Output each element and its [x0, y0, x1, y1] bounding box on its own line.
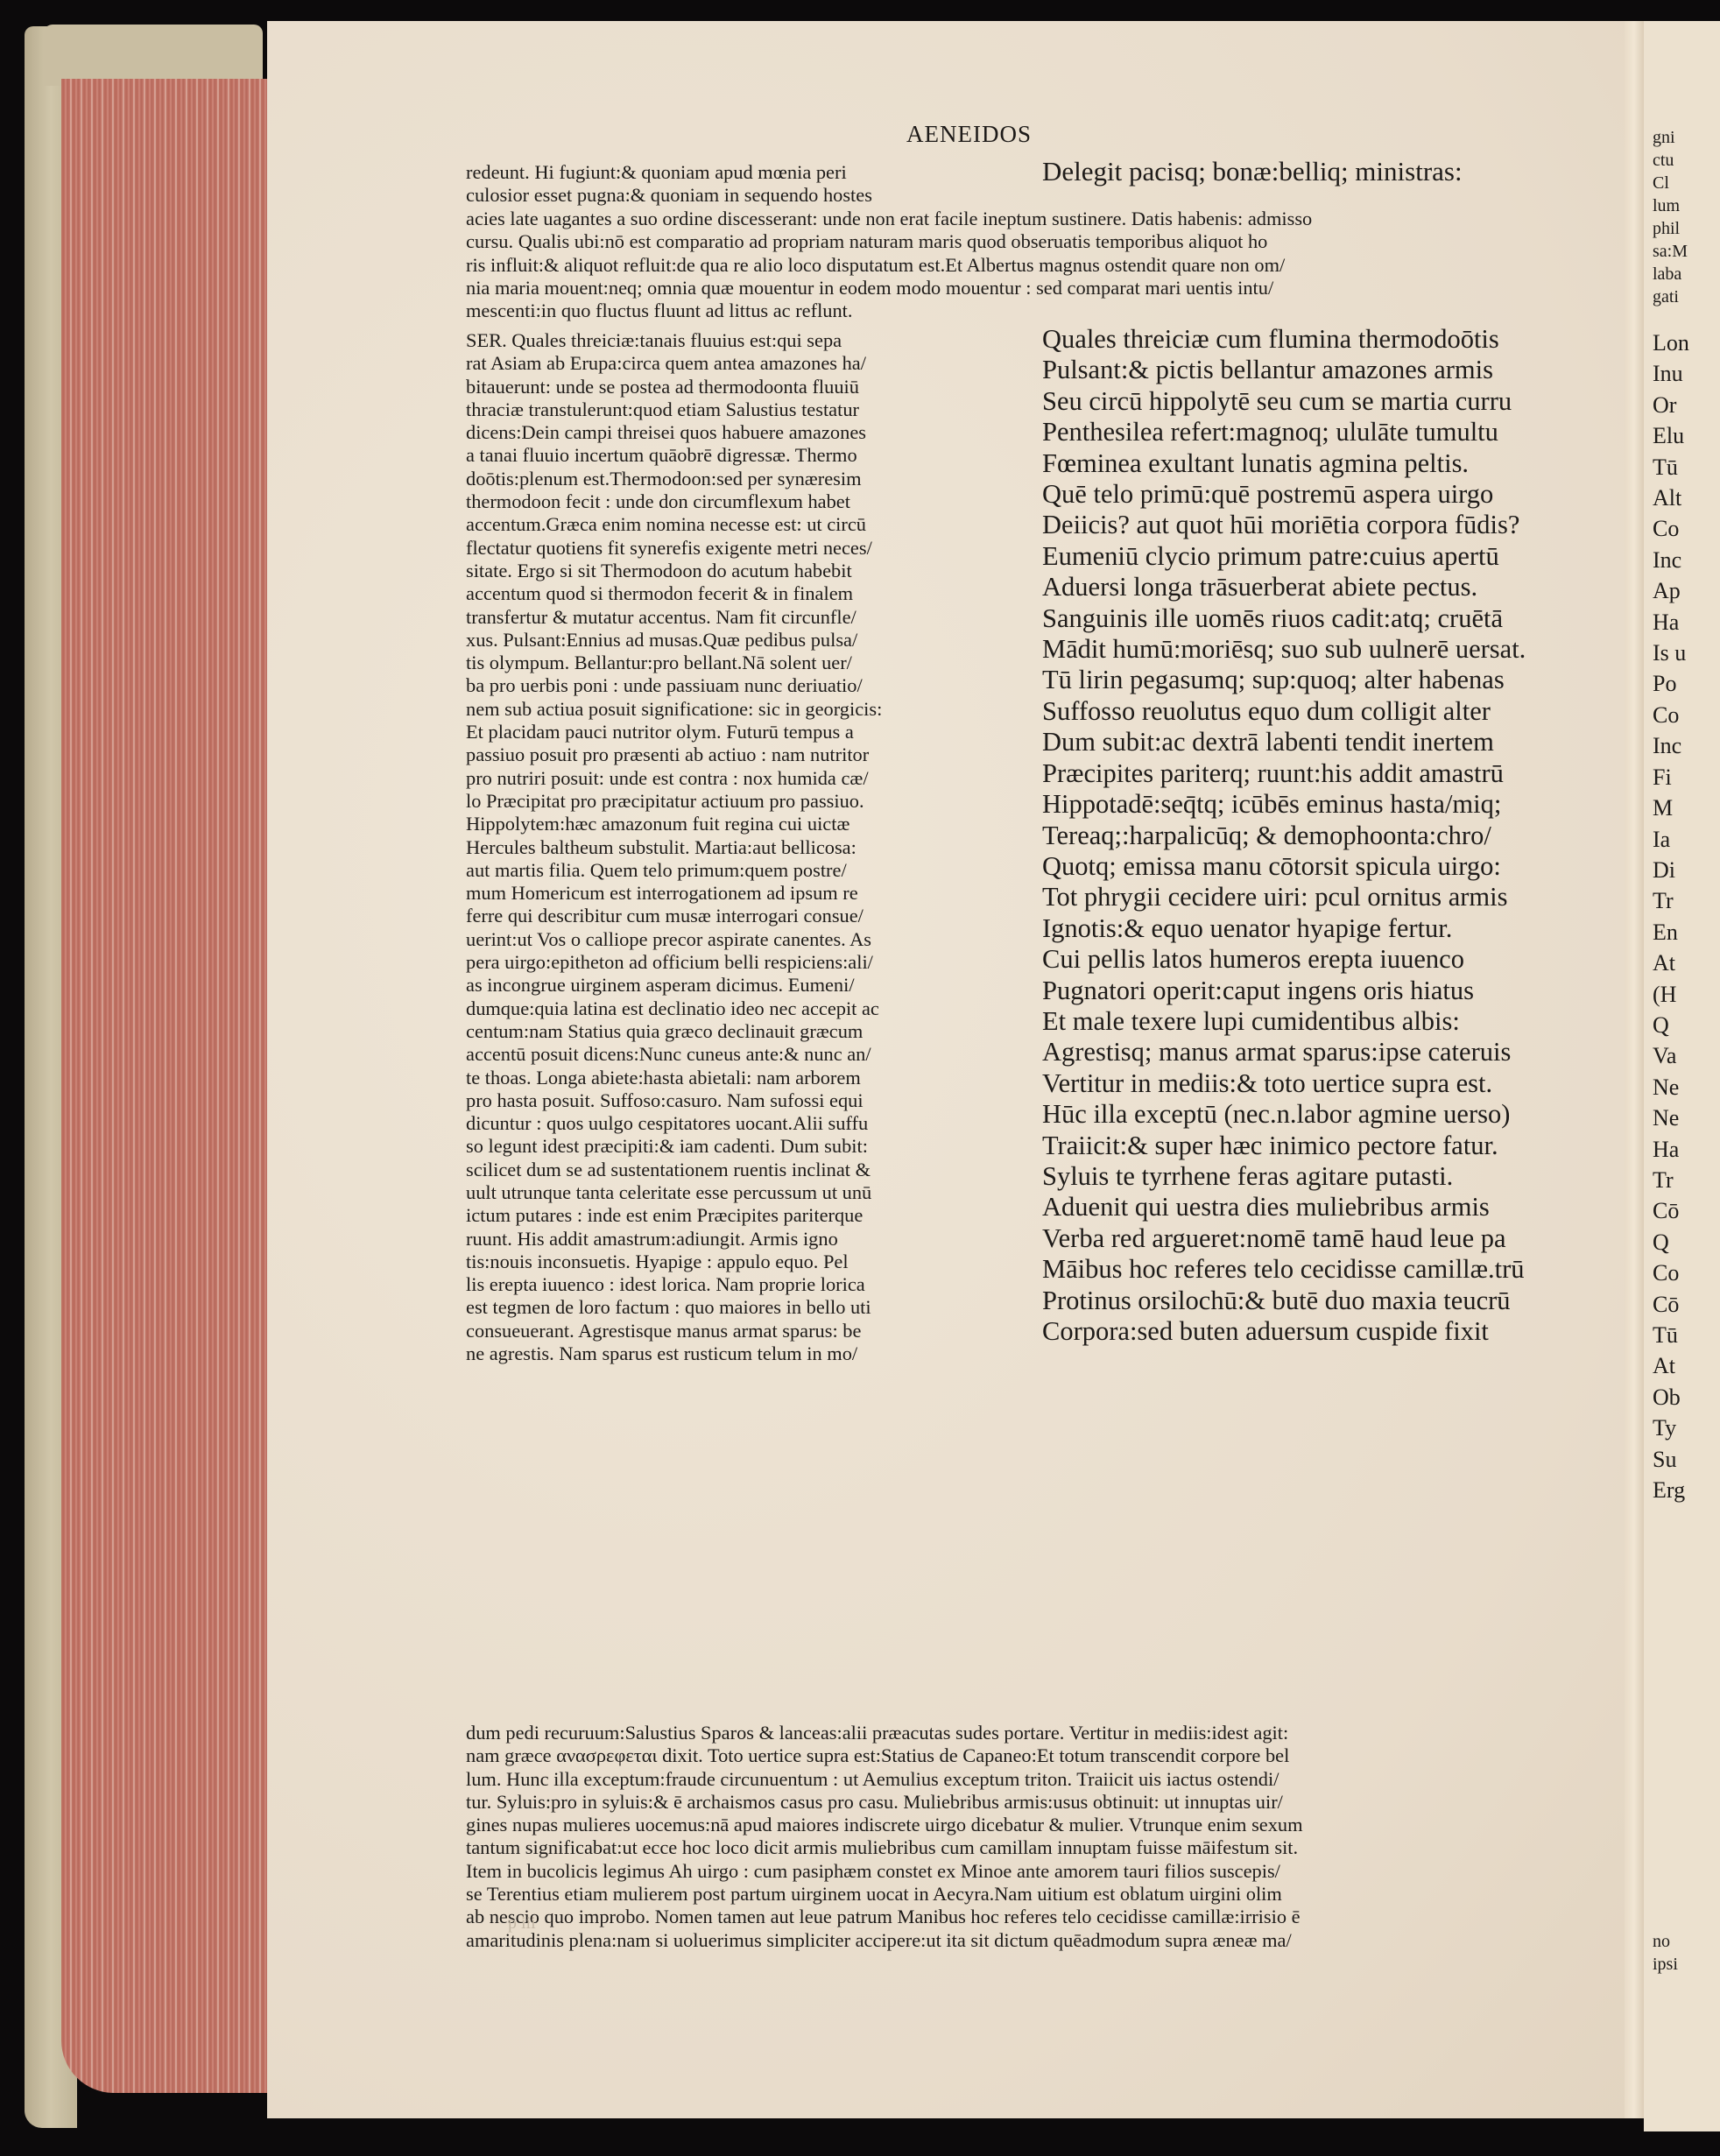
right-page-line: ipsi	[1653, 1953, 1678, 1976]
commentary-line: xus. Pulsant:Ennius ad musas.Quæ pedibus…	[466, 629, 1028, 652]
verse-line: Suffosso reuolutus equo dum colligit alt…	[1042, 696, 1603, 727]
right-page-verse-fragment: Ha	[1653, 1134, 1689, 1165]
fore-edge-red-pages	[61, 79, 267, 2093]
commentary-line: culosior esset pugna:& quoniam in sequen…	[466, 184, 1028, 207]
commentary-line: gines nupas mulieres uocemus:nā apud mai…	[466, 1814, 1596, 1836]
right-page-verse-fragment: Cō	[1653, 1195, 1689, 1226]
commentary-line: Hippolytem:hæc amazonum fuit regina cui …	[466, 813, 1028, 835]
commentary-line: tis:nouis inconsuetis. Hyapige : appulo …	[466, 1251, 1028, 1273]
signature-mark: p iii	[508, 1913, 536, 1934]
commentary-line: te thoas. Longa abiete:hasta abietali: n…	[466, 1067, 1028, 1089]
commentary-line: ba pro uerbis poni : unde passiuam nunc …	[466, 674, 1028, 697]
commentary-line: tur. Syluis:pro in syluis:& ē archaismos…	[466, 1791, 1596, 1814]
commentary-line: bitauerunt: unde se postea ad thermodoon…	[466, 376, 1028, 398]
right-page-verse-fragment: M	[1653, 793, 1689, 823]
commentary-line: so legunt idest præcipiti:& iam cadenti.…	[466, 1135, 1028, 1158]
right-page-verse-fragment: At	[1653, 1350, 1689, 1381]
commentary-line: passiuo posuit pro præsenti ab actiuo : …	[466, 743, 1028, 766]
verse-line: Hippotadē:seq̄tq; icūbēs eminus hasta/mi…	[1042, 789, 1603, 820]
right-page-verse-fragment: Su	[1653, 1444, 1689, 1475]
verse-line: Quales threiciæ cum flumina thermodoōtis	[1042, 324, 1603, 355]
commentary-line: flectatur quotiens fit synerefis exigent…	[466, 537, 1028, 560]
commentary-line: ferre qui describitur cum musæ interroga…	[466, 905, 1028, 927]
right-page-verse-fragment: Ha	[1653, 607, 1689, 638]
right-page-line: phil	[1653, 217, 1688, 240]
right-page-verse-fragment: Inu	[1653, 358, 1689, 389]
commentary-line: thermodoon fecit : unde don circumflexum…	[466, 490, 1028, 513]
commentary-line: pro nutriri posuit: unde est contra : no…	[466, 767, 1028, 790]
right-page-verse-fragment: Ia	[1653, 824, 1689, 855]
verse-line: Et male texere lupi cumidentibus albis:	[1042, 1006, 1603, 1037]
verse-line: Fœminea exultant lunatis agmina peltis.	[1042, 448, 1603, 479]
commentary-line: accentum quod si thermodon fecerit & in …	[466, 582, 1028, 605]
commentary-line: est tegmen de loro factum : quo maiores …	[466, 1296, 1028, 1319]
right-page-line: gati	[1653, 285, 1688, 308]
gutter	[1625, 21, 1644, 2118]
verse-line: Agrestisq; manus armat sparus:ipse cater…	[1042, 1037, 1603, 1067]
verse-line: Ignotis:& equo uenator hyapige fertur.	[1042, 913, 1603, 944]
commentary-line: Hercules baltheum substulit. Martia:aut …	[466, 836, 1028, 859]
right-page-verse-fragment: (H	[1653, 979, 1689, 1010]
right-page-verse-fragment: Alt	[1653, 483, 1689, 513]
right-page-verse-fragment: Erg	[1653, 1475, 1689, 1505]
commentary-line: tantum significabat:ut ecce hoc loco dic…	[466, 1836, 1596, 1859]
commentary-line: pera uirgo:epitheton ad officium belli r…	[466, 951, 1028, 974]
commentary-line: scilicet dum se ad sustentationem ruenti…	[466, 1159, 1028, 1181]
commentary-line: uerint:ut Vos o calliope precor aspirate…	[466, 928, 1028, 951]
right-page-verse-fragment: Ap	[1653, 575, 1689, 606]
verse-line: Penthesilea refert:magnoq; ululāte tumul…	[1042, 417, 1603, 447]
right-page-verse-fragment: Ty	[1653, 1413, 1689, 1443]
commentary-line: acies late uagantes a suo ordine discess…	[466, 208, 1596, 230]
right-page-top-lines: gnictuCllumphilsa:Mlabagati	[1653, 126, 1688, 308]
commentary-line: mum Homericum est interrogationem ad ips…	[466, 882, 1028, 905]
commentary-line: accentum.Græca enim nomina necesse est: …	[466, 513, 1028, 536]
right-page-verse-fragment: Co	[1653, 1258, 1689, 1288]
right-page-partial: gnictuCllumphilsa:Mlabagati LonInuOrEluT…	[1644, 21, 1720, 2131]
top-commentary-full: acies late uagantes a suo ordine discess…	[466, 208, 1596, 322]
commentary-line: dicens:Dein campi threisei quos habuere …	[466, 421, 1028, 444]
commentary-column: SER. Quales threiciæ:tanais fluuius est:…	[466, 329, 1028, 1365]
verse-line: Tot phrygii cecidere uiri: pcul ornitus …	[1042, 882, 1603, 912]
right-page-verse-fragment: Or	[1653, 390, 1689, 420]
verse-line: Quotq; emissa manu cōtorsit spicula uirg…	[1042, 851, 1603, 882]
right-page-verse-fragment: En	[1653, 917, 1689, 948]
verse-line: Pugnatori operit:caput ingens oris hiatu…	[1042, 976, 1603, 1006]
commentary-line: lum. Hunc illa exceptum:fraude circunuen…	[466, 1768, 1596, 1791]
right-page-verse-fragment: Co	[1653, 700, 1689, 730]
commentary-line: ris influit:& aliquot refluit:de qua re …	[466, 254, 1596, 277]
right-page-verse-fragment: Tū	[1653, 452, 1689, 483]
verse-line: Māibus hoc referes telo cecidisse camill…	[1042, 1254, 1603, 1285]
verse-line: Protinus orsilochū:& butē duo maxia teuc…	[1042, 1286, 1603, 1316]
right-page-bottom-lines: noipsi	[1653, 1930, 1678, 1976]
right-page-line: no	[1653, 1930, 1678, 1953]
right-page-verse-initials: LonInuOrEluTūAltCoIncApHaIs uPoCoIncFiMI…	[1653, 328, 1689, 1505]
verse-line: Syluis te tyrrhene feras agitare putasti…	[1042, 1161, 1603, 1192]
commentary-line: sitate. Ergo si sit Thermodoon do acutum…	[466, 560, 1028, 582]
right-page-line: gni	[1653, 126, 1688, 149]
right-page-verse-fragment: Q	[1653, 1010, 1689, 1040]
right-page-verse-fragment: Tr	[1653, 885, 1689, 916]
right-page-verse-fragment: Lon	[1653, 328, 1689, 358]
verse-line: Dum subit:ac dextrā labenti tendit inert…	[1042, 727, 1603, 757]
commentary-line: accentū posuit dicens:Nunc cuneus ante:&…	[466, 1043, 1028, 1066]
commentary-line: doōtis:plenum est.Thermodoon:sed per syn…	[466, 468, 1028, 490]
commentary-line: lo Præcipitat pro præcipitatur actiuum p…	[466, 790, 1028, 813]
right-page-verse-fragment: Elu	[1653, 420, 1689, 451]
commentary-line: dumque:quia latina est declinatio ideo n…	[466, 997, 1028, 1020]
verse-line: Verba red argueret:nomē tamē haud leue p…	[1042, 1223, 1603, 1254]
right-page-verse-fragment: At	[1653, 948, 1689, 978]
right-page-verse-fragment: Inc	[1653, 545, 1689, 575]
commentary-line: centum:nam Statius quia græco declinauit…	[466, 1020, 1028, 1043]
verse-line: Cui pellis latos humeros erepta iuuenco	[1042, 944, 1603, 975]
top-commentary-left: redeunt. Hi fugiunt:& quoniam apud mœnia…	[466, 161, 1028, 208]
verse-line: Seu circū hippolytē seu cum se martia cu…	[1042, 386, 1603, 417]
right-page-verse-fragment: Va	[1653, 1040, 1689, 1071]
verse-line: Vertitur in mediis:& toto uertice supra …	[1042, 1068, 1603, 1099]
verse-line: Traiicit:& super hæc inimico pectore fat…	[1042, 1131, 1603, 1161]
right-page-verse-fragment: Q	[1653, 1227, 1689, 1258]
verse-column: Quales threiciæ cum flumina thermodoōtis…	[1042, 324, 1603, 1347]
bottom-commentary-full: dum pedi recuruum:Salustius Sparos & lan…	[466, 1722, 1596, 1952]
right-page-verse-fragment: Po	[1653, 668, 1689, 699]
commentary-line: thraciæ transtulerunt:quod etiam Salusti…	[466, 398, 1028, 421]
verse-line: Præcipites pariterq; ruunt:his addit ama…	[1042, 758, 1603, 789]
commentary-line: Et placidam pauci nutritor olym. Futurū …	[466, 721, 1028, 743]
commentary-line: Item in bucolicis legimus Ah uirgo : cum…	[466, 1860, 1596, 1883]
commentary-line: mescenti:in quo fluctus fluunt ad littus…	[466, 299, 1596, 322]
commentary-line: tis olympum. Bellantur:pro bellant.Nā so…	[466, 652, 1028, 674]
running-head: AENEIDOS	[906, 121, 1032, 148]
commentary-line: dum pedi recuruum:Salustius Sparos & lan…	[466, 1722, 1596, 1744]
commentary-line: as incongrue uirginem asperam dicimus. E…	[466, 974, 1028, 997]
right-page-verse-fragment: Fi	[1653, 762, 1689, 793]
commentary-line: aut martis filia. Quem telo primum:quem …	[466, 859, 1028, 882]
verse-line: Aduenit qui uestra dies muliebribus armi…	[1042, 1192, 1603, 1222]
commentary-line: se Terentius etiam mulierem post partum …	[466, 1883, 1596, 1906]
right-page-line: Cl	[1653, 172, 1688, 194]
right-page-line: sa:M	[1653, 240, 1688, 263]
top-verse-line: Delegit pacisq; bonæ:belliq; ministras:	[1042, 156, 1603, 187]
commentary-line: redeunt. Hi fugiunt:& quoniam apud mœnia…	[466, 161, 1028, 184]
commentary-line: pro hasta posuit. Suffoso:casuro. Nam su…	[466, 1089, 1028, 1112]
verse-line: Eumeniū clycio primum patre:cuius apertū	[1042, 541, 1603, 572]
commentary-line: transfertur & mutatur accentus. Nam fit …	[466, 606, 1028, 629]
commentary-line: consueuerant. Agrestisque manus armat sp…	[466, 1320, 1028, 1342]
verse-line: Sanguinis ille uomēs riuos cadit:atq; cr…	[1042, 603, 1603, 634]
commentary-line: ruunt. His addit amastrum:adiungit. Armi…	[466, 1228, 1028, 1251]
commentary-line: cursu. Qualis ubi:nō est comparatio ad p…	[466, 230, 1596, 253]
verse-line: Tereaq;:harpalicūq; & demophoonta:chro/	[1042, 821, 1603, 851]
commentary-line: amaritudinis plena:nam si uoluerimus sim…	[466, 1929, 1596, 1952]
commentary-line: nem sub actiua posuit significatione: si…	[466, 698, 1028, 721]
right-page-line: laba	[1653, 263, 1688, 285]
verse-line: Hūc illa exceptū (nec.n.labor agmine uer…	[1042, 1099, 1603, 1130]
right-page-verse-fragment: Di	[1653, 855, 1689, 885]
commentary-line: rat Asiam ab Erupa:circa quem antea amaz…	[466, 352, 1028, 375]
right-page-verse-fragment: Co	[1653, 513, 1689, 544]
commentary-line: uult utrunque tanta celeritate esse perc…	[466, 1181, 1028, 1204]
commentary-line: ne agrestis. Nam sparus est rusticum tel…	[466, 1342, 1028, 1365]
commentary-line: nia maria mouent:neq; omnia quæ mouentur…	[466, 277, 1596, 299]
commentary-line: ab nescio quo improbo. Nomen tamen aut l…	[466, 1906, 1596, 1928]
commentary-line: lis erepta iuuenco : idest lorica. Nam p…	[466, 1273, 1028, 1296]
right-page-verse-fragment: Ne	[1653, 1103, 1689, 1133]
commentary-line: nam græce ανασρεφεται dixit. Toto uertic…	[466, 1744, 1596, 1767]
right-page-verse-fragment: Inc	[1653, 730, 1689, 761]
commentary-line: SER. Quales threiciæ:tanais fluuius est:…	[466, 329, 1028, 352]
right-page-verse-fragment: Is u	[1653, 638, 1689, 668]
verse-line: Quē telo primū:quē postremū aspera uirgo	[1042, 479, 1603, 510]
commentary-line: ictum putares : inde est enim Præcipites…	[466, 1204, 1028, 1227]
verse-line: Aduersi longa trāsuerberat abiete pectus…	[1042, 572, 1603, 602]
right-page-verse-fragment: Tū	[1653, 1320, 1689, 1350]
right-page-verse-fragment: Ob	[1653, 1382, 1689, 1413]
verse-line: Corpora:sed buten aduersum cuspide fixit	[1042, 1316, 1603, 1347]
verse-line: Deiicis? aut quot hūi moriētia corpora f…	[1042, 510, 1603, 540]
book-cover-top	[44, 25, 263, 86]
right-page-verse-fragment: Ne	[1653, 1072, 1689, 1103]
right-page-line: lum	[1653, 194, 1688, 217]
verse-line: Mādit humū:moriēsq; suo sub uulnerē uers…	[1042, 634, 1603, 665]
right-page-verse-fragment: Tr	[1653, 1165, 1689, 1195]
right-page-verse-fragment: Cō	[1653, 1289, 1689, 1320]
verse-line: Pulsant:& pictis bellantur amazones armi…	[1042, 355, 1603, 385]
verse-line: Tū lirin pegasumq; sup:quoq; alter haben…	[1042, 665, 1603, 695]
commentary-line: a tanai fluuio incertum quāobrē digressæ…	[466, 444, 1028, 467]
commentary-line: dicuntur : quos uulgo cespitatores uocan…	[466, 1112, 1028, 1135]
right-page-line: ctu	[1653, 149, 1688, 172]
